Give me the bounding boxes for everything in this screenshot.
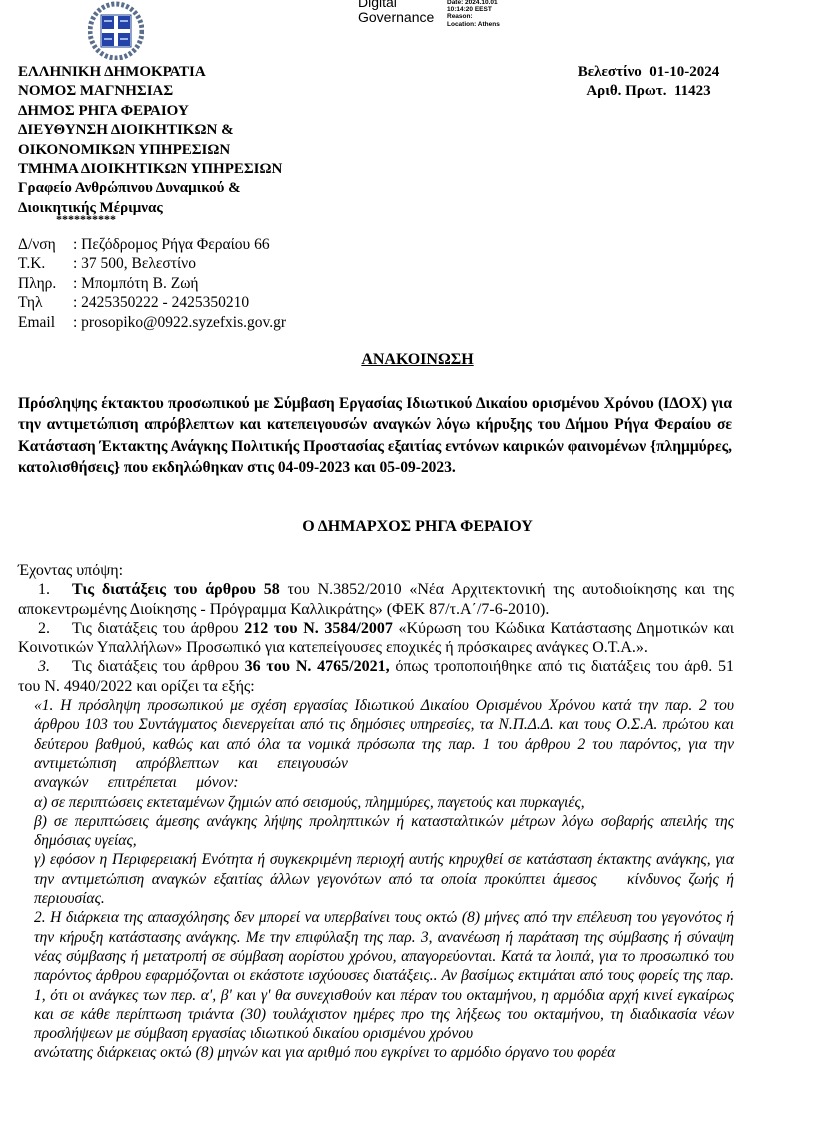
- contact-row-phone: Τηλ: 2425350222 - 2425350210: [18, 293, 286, 312]
- contact-row-email: Email: prosopiko@0922.syzefxis.gov.gr: [18, 313, 286, 332]
- header-line: ΟΙΚΟΝΟΜΙΚΩΝ ΥΠΗΡΕΣΙΩΝ: [18, 141, 282, 160]
- item-bold: Τις διατάξεις του άρθρου 58: [72, 581, 280, 598]
- quote-paragraph-2-end: ανώτατης διάρκειας οκτώ (8) μηνών και γι…: [34, 1043, 734, 1062]
- digital-governance-brand: Digital Governance: [358, 0, 434, 25]
- contact-key: Email: [18, 313, 73, 332]
- contact-row-info: Πληρ.: Μπομπότη Β. Ζωή: [18, 274, 286, 293]
- header-line: ΔΗΜΟΣ ΡΗΓΑ ΦΕΡΑΙΟΥ: [18, 102, 282, 121]
- contact-row-address: Δ/νση: Πεζόδρομος Ρήγα Φεραίου 66: [18, 235, 286, 254]
- separator-stars: **********: [56, 213, 116, 225]
- item-text: Τις διατάξεις του άρθρου: [72, 658, 245, 675]
- quote-case-b: β) σε περιπτώσεις άμεσης ανάγκης λήψης π…: [34, 812, 734, 851]
- mayor-heading: Ο ΔΗΜΑΡΧΟΣ ΡΗΓΑ ΦΕΡΑΙΟΥ: [0, 518, 835, 536]
- contact-info: Δ/νση: Πεζόδρομος Ρήγα Φεραίου 66 Τ.Κ.: …: [18, 235, 286, 332]
- signature-details: Date: 2024.10.01 10:14:20 EEST Reason: L…: [447, 0, 500, 28]
- contact-key: Τ.Κ.: [18, 254, 73, 273]
- considerations-item-2: 2.Τις διατάξεις του άρθρου 212 του Ν. 35…: [18, 619, 734, 658]
- considerations-item-1: 1.Τις διατάξεις του άρθρου 58 του Ν.3852…: [18, 580, 734, 619]
- brand-line-2: Governance: [358, 10, 434, 25]
- announcement-subject: Πρόσληψης έκτακτου προσωπικού με Σύμβαση…: [18, 393, 732, 479]
- protocol-number: Αριθ. Πρωτ. 11423: [566, 82, 731, 101]
- header-line: ΝΟΜΟΣ ΜΑΓΝΗΣΙΑΣ: [18, 82, 282, 101]
- document-body: Έχοντας υπόψη: 1.Τις διατάξεις του άρθρο…: [18, 561, 734, 1063]
- date-protocol-block: Βελεστίνο 01-10-2024 Αριθ. Πρωτ. 11423: [566, 63, 731, 102]
- intro-text: Έχοντας υπόψη:: [18, 561, 734, 580]
- signature-location: Location: Athens: [447, 21, 500, 28]
- document-title: ΑΝΑΚΟΙΝΩΣΗ: [0, 351, 835, 369]
- signature-time: 10:14:20 EEST: [447, 6, 500, 13]
- contact-value: : 2425350222 - 2425350210: [73, 293, 249, 312]
- contact-key: Πληρ.: [18, 274, 73, 293]
- quote-case-c: γ) εφόσον η Περιφερειακή Ενότητα ή συγκε…: [34, 850, 734, 908]
- contact-key: Τηλ: [18, 293, 73, 312]
- contact-value[interactable]: : prosopiko@0922.syzefxis.gov.gr: [73, 313, 286, 332]
- contact-value: : Μπομπότη Β. Ζωή: [73, 274, 199, 293]
- considerations-item-3: 3.Τις διατάξεις του άρθρου 36 του Ν. 476…: [18, 657, 734, 696]
- contact-row-postcode: Τ.Κ.: 37 500, Βελεστίνο: [18, 254, 286, 273]
- header-line: ΤΜΗΜΑ ΔΙΟΙΚΗΤΙΚΩΝ ΥΠΗΡΕΣΙΩΝ: [18, 160, 282, 179]
- contact-value: : 37 500, Βελεστίνο: [73, 254, 196, 273]
- law-quote: «1. Η πρόσληψη προσωπικού με σχέση εργασ…: [18, 696, 734, 1063]
- signature-reason: Reason:: [447, 13, 500, 20]
- item-bold: 36 του Ν. 4765/2021,: [245, 658, 390, 675]
- quote-paragraph-1-end: αναγκών επιτρέπεται μόνον:: [34, 773, 734, 792]
- item-number: 1.: [38, 580, 72, 599]
- issuer-header: ΕΛΛΗΝΙΚΗ ΔΗΜΟΚΡΑΤΙΑ ΝΟΜΟΣ ΜΑΓΝΗΣΙΑΣ ΔΗΜΟ…: [18, 63, 282, 218]
- quote-paragraph-1: «1. Η πρόσληψη προσωπικού με σχέση εργασ…: [34, 696, 734, 773]
- item-text: Τις διατάξεις του άρθρου: [72, 620, 244, 637]
- quote-paragraph-2: 2. Η διάρκεια της απασχόλησης δεν μπορεί…: [34, 908, 734, 1043]
- place-date: Βελεστίνο 01-10-2024: [566, 63, 731, 82]
- contact-key: Δ/νση: [18, 235, 73, 254]
- header-line: Γραφείο Ανθρώπινου Δυναμικού &: [18, 179, 282, 198]
- item-number: 2.: [38, 619, 72, 638]
- item-bold: 212 του Ν. 3584/2007: [244, 620, 393, 637]
- quote-case-a: α) σε περιπτώσεις εκτεταμένων ζημιών από…: [34, 793, 734, 812]
- header-line: ΕΛΛΗΝΙΚΗ ΔΗΜΟΚΡΑΤΙΑ: [18, 63, 282, 82]
- contact-value: : Πεζόδρομος Ρήγα Φεραίου 66: [73, 235, 270, 254]
- item-number: 3.: [38, 657, 72, 676]
- greek-coat-of-arms-icon: [88, 0, 144, 60]
- header-line: ΔΙΕΥΘΥΝΣΗ ΔΙΟΙΚΗΤΙΚΩΝ &: [18, 121, 282, 140]
